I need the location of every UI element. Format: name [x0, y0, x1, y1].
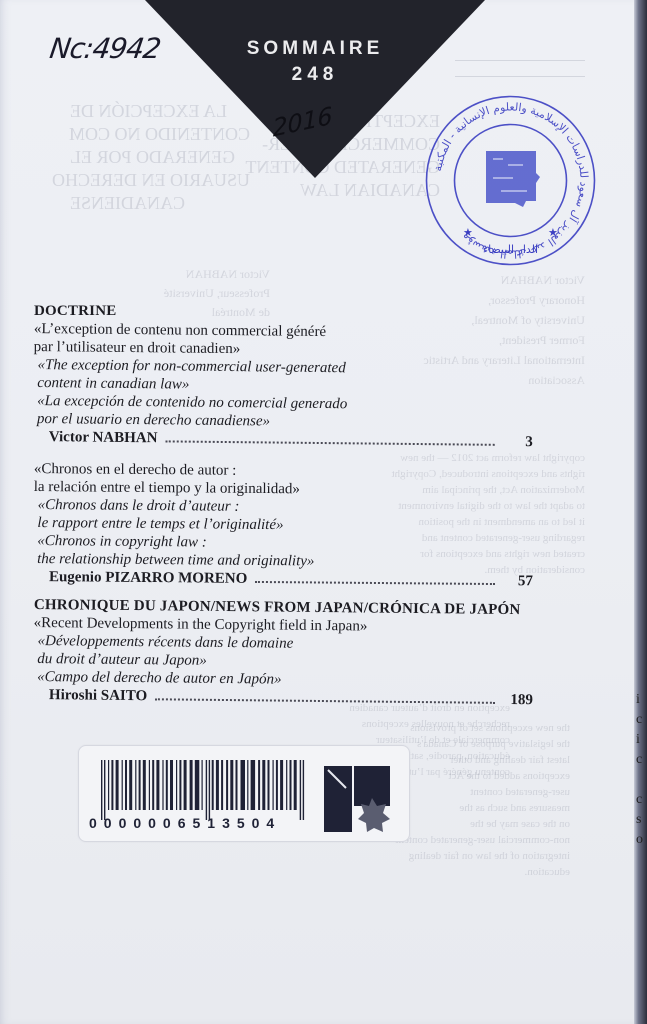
- barcode-sticker: 0000006513504: [78, 745, 410, 842]
- barcode-icon: [99, 760, 324, 820]
- section-heading: DOCTRINE: [34, 302, 534, 320]
- page-number: 189: [495, 691, 533, 709]
- dot-leader: [255, 580, 495, 585]
- issue-number: 248: [145, 64, 485, 86]
- page-number: 3: [495, 433, 533, 451]
- stamp-bottom-text: الدار البيضاء: [483, 243, 538, 256]
- table-of-contents: DOCTRINE «L’exception de contenu non com…: [34, 302, 534, 718]
- svg-text:★: ★: [548, 227, 558, 239]
- document-page: LA EXCEPCIÓN DE CONTENIDO NO COM GENERAD…: [0, 0, 634, 1024]
- barcode-number: 0000006513504: [89, 815, 281, 831]
- page-title: SOMMAIRE: [145, 38, 485, 60]
- adjacent-page-edge: i c i c c s o: [634, 0, 647, 1024]
- author-name: Hiroshi SAITO: [49, 686, 155, 705]
- toc-section-japan-chronicle: CHRONIQUE DU JAPON/NEWS FROM JAPAN/CRÓNI…: [33, 596, 534, 709]
- author-row: Eugenio PIZARRO MORENO 57: [33, 568, 533, 590]
- author-row: Victor NABHAN 3: [33, 428, 533, 451]
- stamp-emblem: [486, 151, 540, 207]
- author-row: Hiroshi SAITO 189: [33, 686, 533, 709]
- toc-section-doctrine: DOCTRINE «L’exception de contenu non com…: [34, 302, 534, 586]
- dot-leader: [155, 697, 495, 704]
- toc-entry[interactable]: «Recent Developments in the Copyright fi…: [33, 614, 534, 709]
- toc-entry[interactable]: «L’exception de contenu non commercial g…: [33, 320, 534, 451]
- adjacent-page-letters: i c i c c s o: [636, 690, 643, 850]
- svg-text:★: ★: [463, 227, 473, 239]
- dot-leader: [165, 439, 494, 445]
- toc-entry[interactable]: «Chronos en el derecho de autor : la rel…: [33, 460, 534, 590]
- library-logo-icon: [324, 766, 390, 832]
- page-number: 57: [495, 572, 533, 590]
- author-name: Victor NABHAN: [49, 428, 166, 447]
- author-name: Eugenio PIZARRO MORENO: [49, 568, 256, 588]
- handwritten-catalog-number: Nc:4942: [48, 32, 163, 65]
- library-stamp-icon: مؤسسة الملك عبد العزيز آل سعود للدراسات …: [423, 93, 598, 268]
